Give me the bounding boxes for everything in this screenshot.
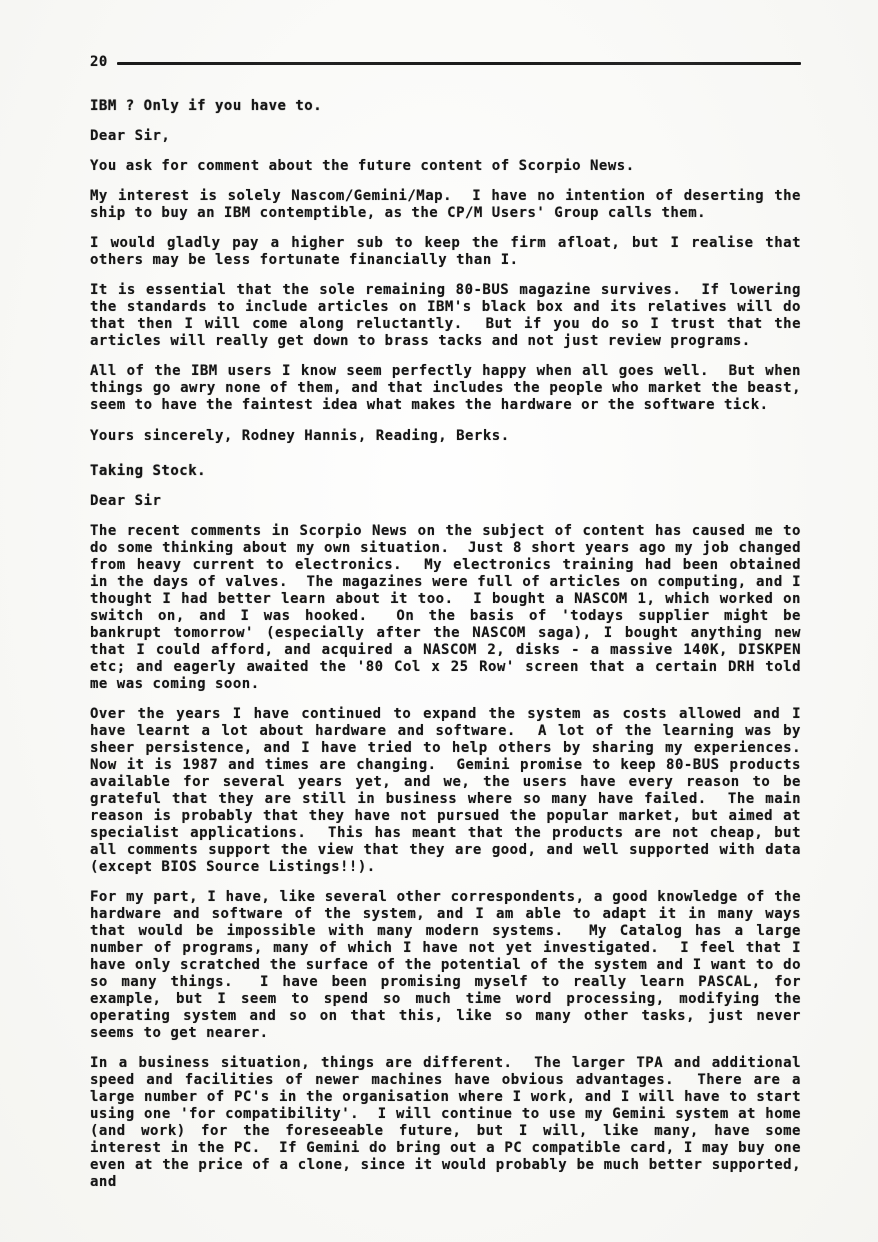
letter-salutation: Dear Sir,	[90, 128, 801, 145]
letter-signoff: Yours sincerely, Rodney Hannis, Reading,…	[90, 428, 801, 445]
letter-taking-stock: Taking Stock. Dear Sir The recent commen…	[90, 463, 801, 1191]
letter-paragraph: For my part, I have, like several other …	[90, 889, 801, 1042]
header-rule	[117, 62, 801, 65]
letter-title: Taking Stock.	[90, 463, 801, 480]
letter-paragraph: You ask for comment about the future con…	[90, 158, 801, 175]
page-content: 20 IBM ? Only if you have to. Dear Sir, …	[90, 54, 801, 1204]
page-header: 20	[90, 54, 801, 71]
letter-salutation: Dear Sir	[90, 493, 801, 510]
letter-paragraph: The recent comments in Scorpio News on t…	[90, 523, 801, 693]
letter-paragraph: In a business situation, things are diff…	[90, 1055, 801, 1191]
letter-ibm-only-if-you-have-to: IBM ? Only if you have to. Dear Sir, You…	[90, 98, 801, 445]
page-number: 20	[90, 54, 108, 71]
letter-paragraph: Over the years I have continued to expan…	[90, 706, 801, 876]
letter-paragraph: I would gladly pay a higher sub to keep …	[90, 235, 801, 269]
document-page: 20 IBM ? Only if you have to. Dear Sir, …	[0, 0, 878, 1242]
letter-paragraph: It is essential that the sole remaining …	[90, 282, 801, 350]
letter-paragraph: My interest is solely Nascom/Gemini/Map.…	[90, 188, 801, 222]
letter-paragraph: All of the IBM users I know seem perfect…	[90, 363, 801, 414]
letter-title: IBM ? Only if you have to.	[90, 98, 801, 115]
